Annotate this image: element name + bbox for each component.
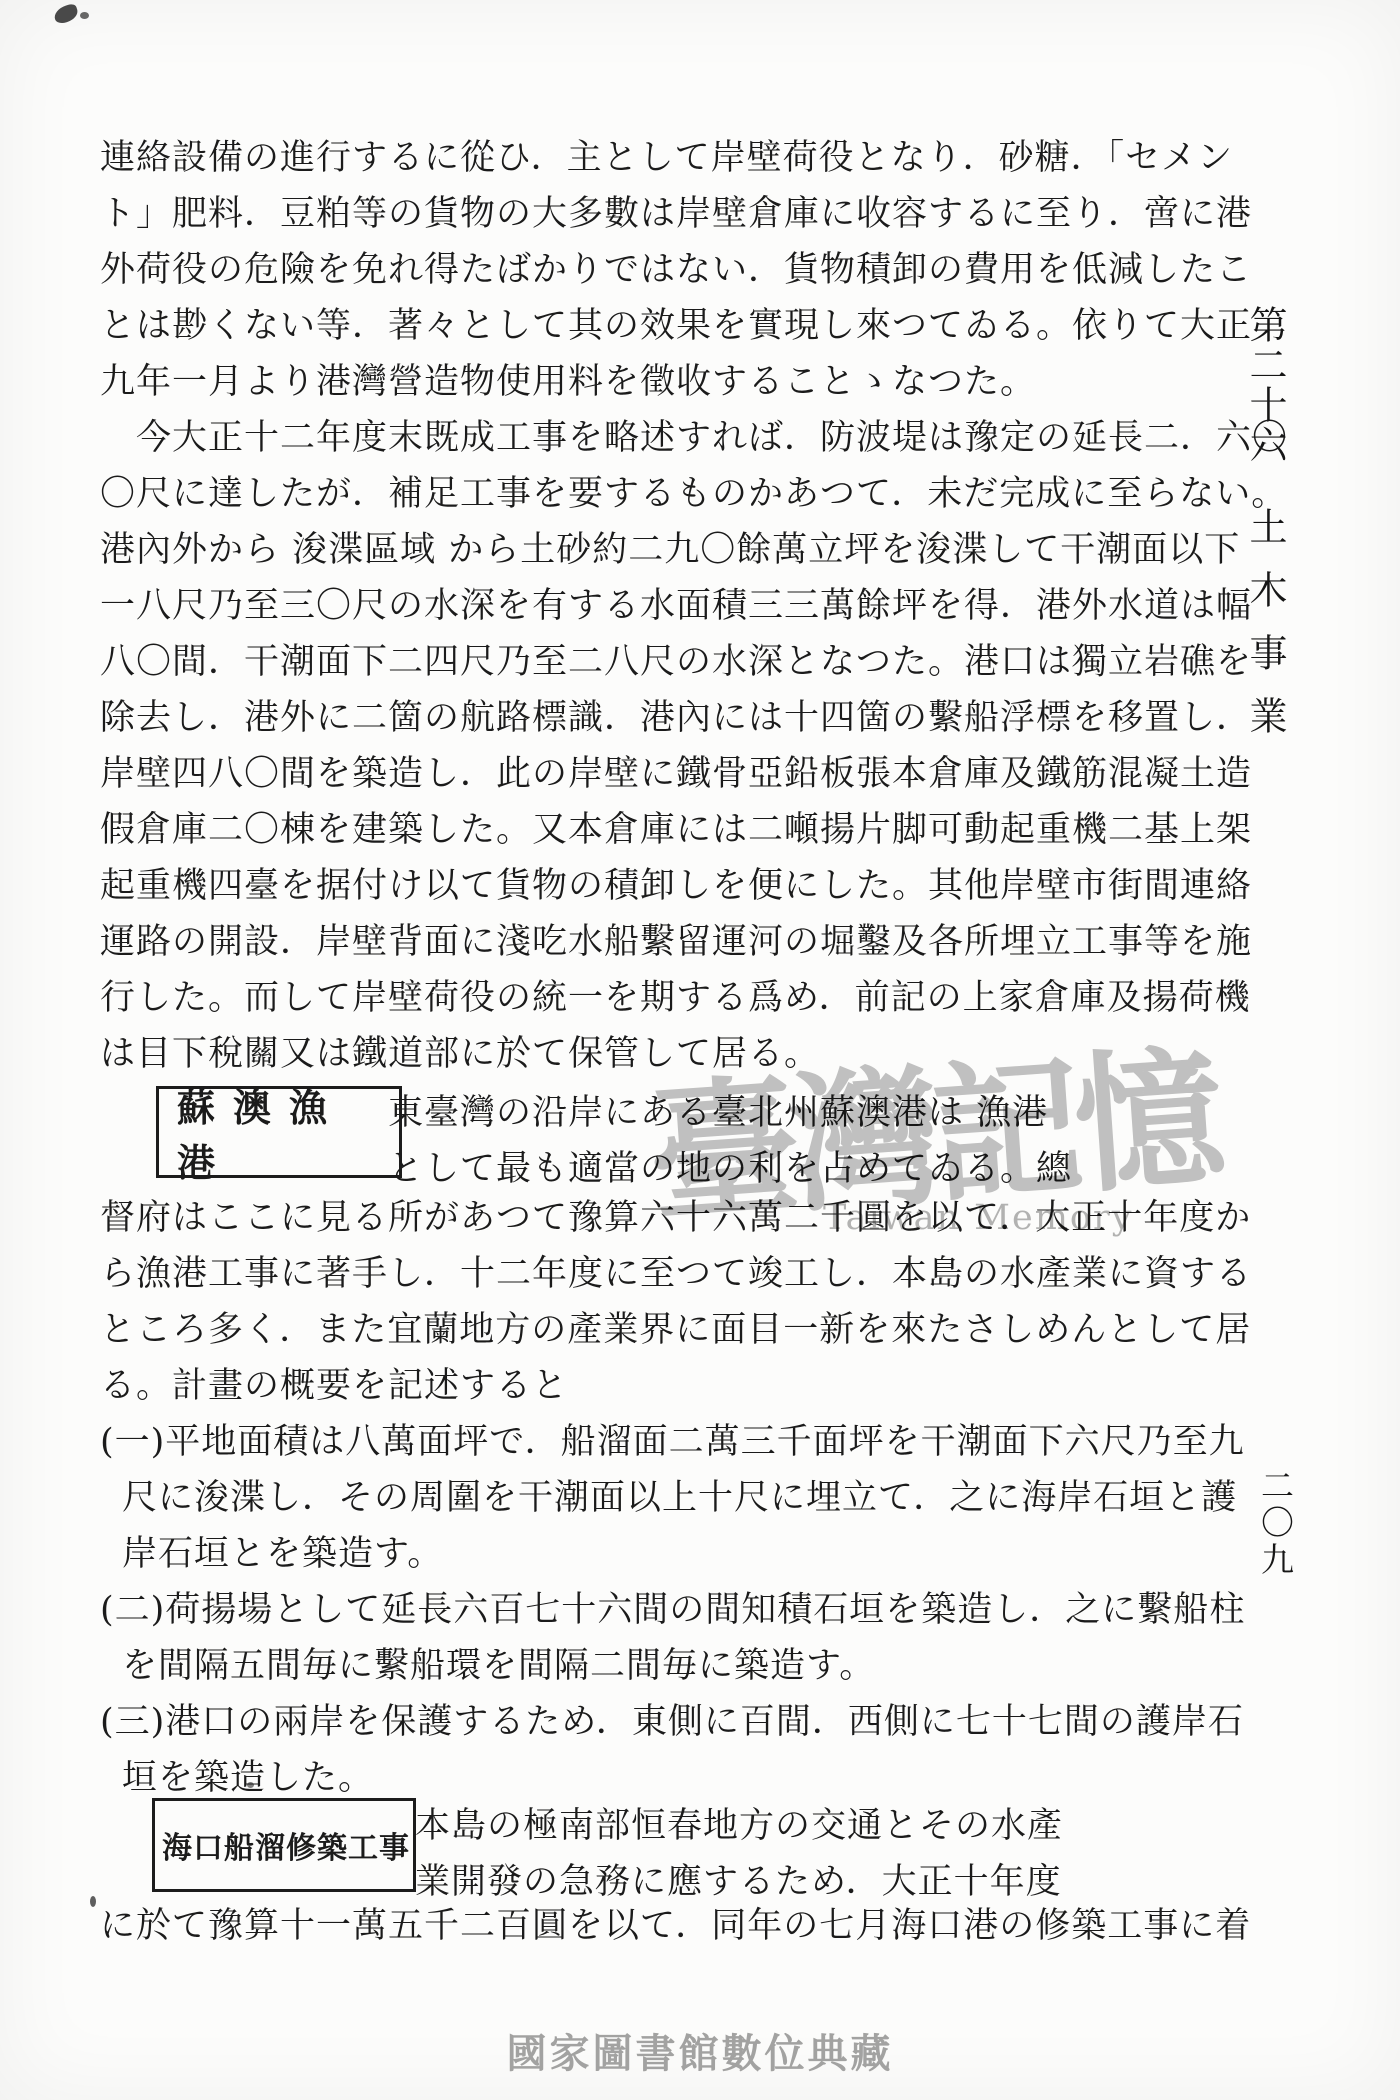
main-text-column: 連絡設備の進行するに從ひ．主として岸壁荷役となり．砂糖．「セメン ト」肥料．豆粕… xyxy=(100,130,1288,1082)
text-line: 行した。而して岸壁荷役の統一を期する爲め．前記の上家倉庫及揚荷機 xyxy=(100,970,1288,1026)
text-line: 東臺灣の沿岸にある臺北州蘇澳港は 漁港 xyxy=(388,1085,1072,1141)
text-line: 今大正十二年度末既成工事を略述すれば．防波堤は豫定の延長二．六〇 xyxy=(100,410,1288,466)
text-line: に於て豫算十一萬五千二百圓を以て．同年の七月海口港の修築工事に着 xyxy=(100,1898,1251,1954)
list-item-line: (一)平地面積は八萬面坪で．船溜面二萬三千面坪を干潮面下六尺乃至九 xyxy=(100,1414,1252,1470)
section-heading-box-suao-fishing-port: 蘇澳漁港 xyxy=(156,1086,402,1178)
text-line: 港內外から 浚渫區域 から土砂約二九〇餘萬立坪を浚渫して干潮面以下 xyxy=(100,522,1288,578)
section2-wrap-text: 本島の極南部恒春地方の交通とその水產 業開發の急務に應するため．大正十年度 xyxy=(415,1798,1063,1910)
section-heading-box-haikou-boat-basin-works: 海口船溜修築工事 xyxy=(152,1798,416,1892)
section2-text-column: に於て豫算十一萬五千二百圓を以て．同年の七月海口港の修築工事に着 xyxy=(100,1898,1251,1954)
text-line: 督府はここに見る所があつて豫算六十六萬二千圓を以て．大正十年度か xyxy=(100,1190,1252,1246)
text-line: 本島の極南部恒春地方の交通とその水產 xyxy=(415,1798,1063,1854)
list-item-line: (二)荷揚場として延長六百七十六間の間知積石垣を築造し．之に繫船柱 xyxy=(100,1582,1252,1638)
text-line: 除去し．港外に二箇の航路標識．港內には十四箇の繫船浮標を移置し． xyxy=(100,690,1288,746)
ink-speckle xyxy=(52,3,80,26)
scanned-book-page: 第二十六土木事業 二〇九 連絡設備の進行するに從ひ．主として岸壁荷役となり．砂糖… xyxy=(0,0,1400,2100)
text-line: 外荷役の危險を免れ得たばかりではない．貨物積卸の費用を低減したこ xyxy=(100,242,1288,298)
text-line: 假倉庫二〇棟を建築した。又本倉庫には二噸揚片脚可動起重機二基上架 xyxy=(100,802,1288,858)
section1-text-column: 督府はここに見る所があつて豫算六十六萬二千圓を以て．大正十年度か ら漁港工事に著… xyxy=(100,1190,1252,1806)
text-line: ら漁港工事に著手し．十二年度に至つて竣工し．本島の水產業に資する xyxy=(100,1246,1252,1302)
text-line: 九年一月より港灣營造物使用料を徵收することゝなつた。 xyxy=(100,354,1288,410)
text-line: 一八尺乃至三〇尺の水深を有する水面積三三萬餘坪を得．港外水道は幅 xyxy=(100,578,1288,634)
list-item-line: 尺に浚渫し．その周圍を干潮面以上十尺に埋立て．之に海岸石垣と護 xyxy=(100,1470,1252,1526)
text-line: 運路の開設．岸壁背面に淺吃水船繫留運河の堀鑿及各所埋立工事等を施 xyxy=(100,914,1288,970)
list-item-line: を間隔五間毎に繫船環を間隔二間毎に築造す。 xyxy=(100,1638,1252,1694)
text-line: ト」肥料．豆粕等の貨物の大多數は岸壁倉庫に收容するに至り．啻に港 xyxy=(100,186,1288,242)
section1-wrap-text: 東臺灣の沿岸にある臺北州蘇澳港は 漁港 として最も適當の地の利を占めてゐる。總 xyxy=(388,1085,1072,1197)
list-item-line: 岸石垣とを築造す。 xyxy=(100,1526,1252,1582)
text-line: 岸壁四八〇間を築造し．此の岸壁に鐵骨亞鉛板張本倉庫及鐵筋混凝土造 xyxy=(100,746,1288,802)
ink-speckle xyxy=(80,12,89,19)
digital-archive-footer: 國家圖書館數位典藏 xyxy=(0,2022,1400,2079)
text-line: 八〇間．干潮面下二四尺乃至二八尺の水深となつた。港口は獨立岩礁を xyxy=(100,634,1288,690)
text-line: 起重機四臺を据付け以て貨物の積卸しを便にした。其他岸壁市街間連絡 xyxy=(100,858,1288,914)
text-line: とは尠くない等．著々として其の效果を實現し來つてゐる。依りて大正 xyxy=(100,298,1288,354)
page-number: 二〇九 xyxy=(1252,1468,1299,1579)
text-line: ところ多く．また宜蘭地方の產業界に面目一新を來たさしめんとして居 xyxy=(100,1302,1252,1358)
ink-speckle xyxy=(90,1896,96,1907)
text-line: として最も適當の地の利を占めてゐる。總 xyxy=(388,1141,1072,1197)
text-line: 連絡設備の進行するに從ひ．主として岸壁荷役となり．砂糖．「セメン xyxy=(100,130,1288,186)
text-line: る。計畫の概要を記述すると xyxy=(100,1358,1252,1414)
list-item-line: (三)港口の兩岸を保護するため．東側に百間．西側に七十七間の護岸石 xyxy=(100,1694,1252,1750)
text-line: は目下稅關又は鐵道部に於て保管して居る。 xyxy=(100,1026,1288,1082)
text-line: 〇尺に達したが．補足工事を要するものかあつて．未だ完成に至らない。 xyxy=(100,466,1288,522)
